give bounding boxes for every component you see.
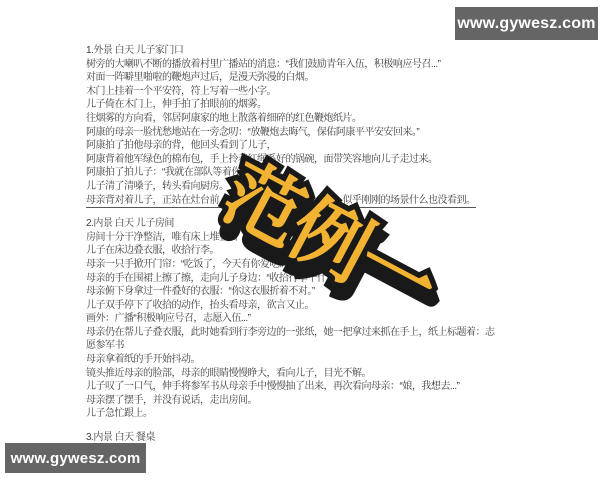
script-line: 镜头推近母亲的脸部，母亲的眼睛慢慢睁大，看向儿子，目光不解。 (86, 367, 532, 381)
script-line: 房间十分干净整洁，唯有床上堆叠着 (86, 231, 532, 245)
document-page: 1.外景 白天 儿子家门口 树旁的大喇叭不断的播放着村里广播站的消息：“我们鼓励… (0, 0, 600, 480)
script-line: 阿康背着他军绿色的棉布包，手上拎着红绳系好的锅碗，面带笑容地向儿子走过来。 (86, 153, 532, 167)
scene-heading: 1.外景 白天 儿子家门口 (86, 44, 532, 58)
script-line: 儿子急忙跟上。 (86, 407, 532, 421)
scene-section-2: 2.内景 白天 儿子房间 房间十分干净整洁，唯有床上堆叠着 儿子在床边叠衣服，收… (86, 217, 532, 421)
script-line: 画外：广播“积极响应号召，志愿入伍...” (86, 312, 532, 326)
underlined-text: 母亲背对着儿子，正站在灶台前，动作停 汗，似乎刚刚的场景什么也没看到。 (86, 195, 476, 208)
script-text-block: 1.外景 白天 儿子家门口 树旁的大喇叭不断的播放着村里广播站的消息：“我们鼓励… (86, 44, 532, 445)
scene-section-1: 1.外景 白天 儿子家门口 树旁的大喇叭不断的播放着村里广播站的消息：“我们鼓励… (86, 44, 532, 207)
script-line: 儿子在床边叠衣服，收拾行李。 (86, 244, 532, 258)
script-line-underlined: 母亲背对着儿子，正站在灶台前，动作停 汗，似乎刚刚的场景什么也没看到。 (86, 194, 532, 208)
scene-heading: 3.内景 白天 餐桌 (86, 431, 532, 445)
script-line: 树旁的大喇叭不断的播放着村里广播站的消息：“我们鼓励青年入伍，积极响应号召...… (86, 58, 532, 72)
scene-heading: 2.内景 白天 儿子房间 (86, 217, 532, 231)
script-line: 对面一阵噼里啪啦的鞭炮声过后，是漫天弥漫的白烟。 (86, 71, 532, 85)
script-line: 母亲一只手掀开门帘：“吃饭了，今天有你爱吃的 (86, 258, 532, 272)
script-line: 愿参军书 (86, 339, 532, 353)
script-line: 母亲拿着纸的手开始抖动。 (86, 353, 532, 367)
site-watermark-bottom-left: www.gywesz.com (5, 443, 146, 473)
script-line: 儿子叹了一口气，伸手将参军书从母亲手中慢慢抽了出来，再次看向母亲：“娘，我想去.… (86, 380, 532, 394)
script-line: 木门上挂着一个平安符，符上写着一些小字。 (86, 85, 532, 99)
site-watermark-top-right: www.gywesz.com (455, 7, 598, 40)
script-line: 阿康拍了拍儿子：“我就在部队等着你来了。” (86, 166, 532, 180)
script-line: 阿康拍了拍他母亲的背，他回头看到了儿子， (86, 139, 532, 153)
script-line: 母亲的手在围裙上擦了擦，走向儿子身边：“收拾行李干什 (86, 272, 532, 286)
script-line: 母亲摆了摆手，并没有说话，走出房间。 (86, 394, 532, 408)
script-line: 阿康的母亲一脸忧愁地站在一旁念叨：“放鞭炮去晦气，保佑阿康平平安安回来。” (86, 126, 532, 140)
script-line: 往烟雾的方向看，邻居阿康家的地上散落着细碎的红色鞭炮纸片。 (86, 112, 532, 126)
script-line: 儿子双手停下了收拾的动作，抬头看母亲，欲言又止。 (86, 299, 532, 313)
script-line: 儿子倚在木门上，伸手拍了拍眼前的烟雾。 (86, 98, 532, 112)
script-line: 母亲俯下身拿过一件叠好的衣服：“你这衣服折着不对。” (86, 285, 532, 299)
script-line: 母亲仍在帮儿子叠衣服，此时她看到行李旁边的一张纸，她一把拿过来抓在手上，纸上标题… (86, 326, 532, 340)
scene-section-3: 3.内景 白天 餐桌 (86, 431, 532, 445)
script-line: 儿子清了清嗓子，转头看向厨房。 (86, 180, 532, 194)
